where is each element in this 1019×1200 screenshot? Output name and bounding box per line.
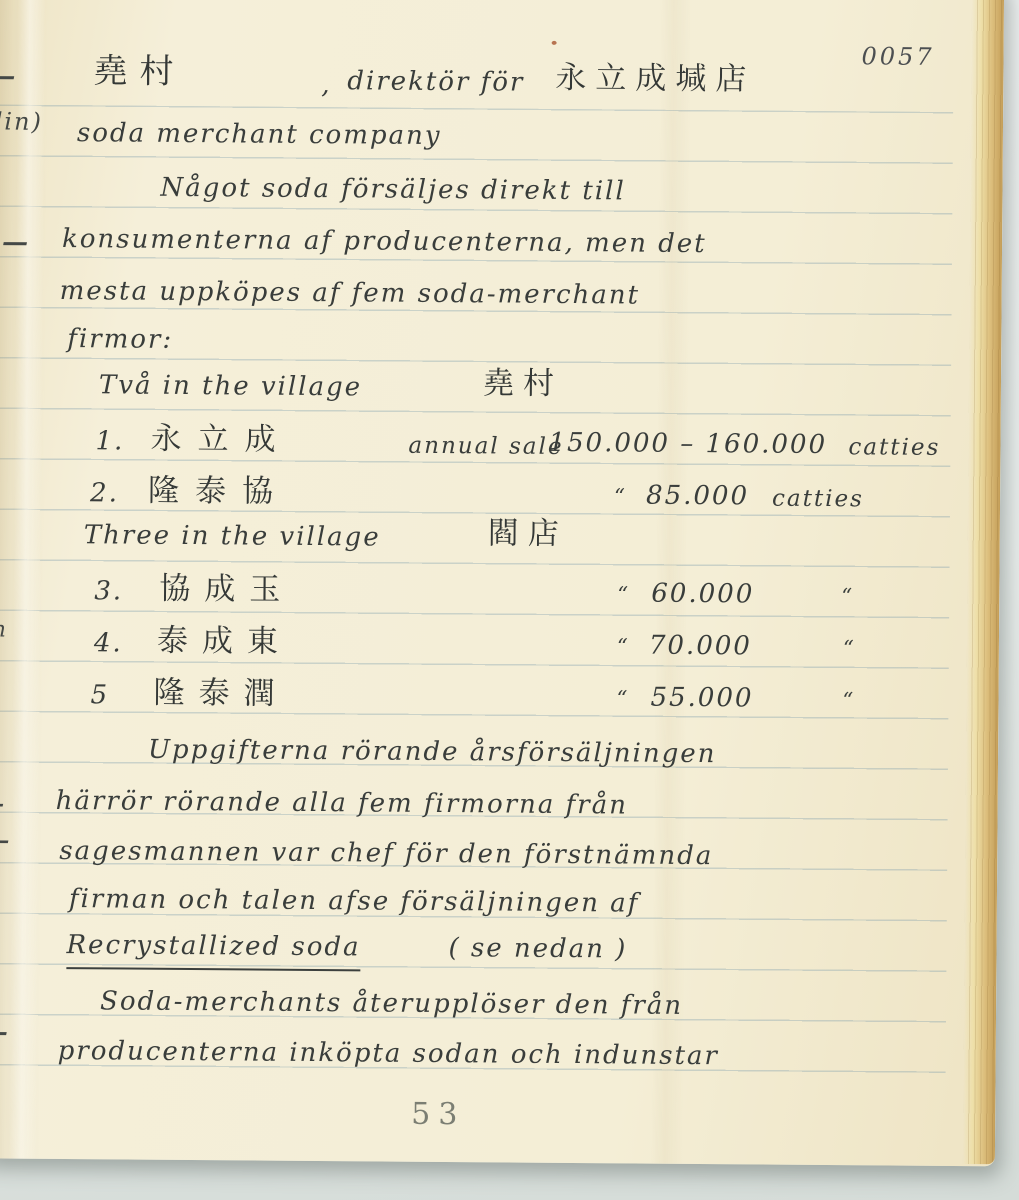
item3-unit-ditto: “ bbox=[841, 585, 852, 608]
header-comma: , bbox=[321, 71, 331, 100]
item4-ditto: “ bbox=[617, 635, 628, 658]
item4-number: 4. bbox=[94, 629, 123, 658]
body-line-4: firman och talen afse försäljningen af bbox=[69, 885, 640, 918]
body-after-underline: ( se nedan ) bbox=[448, 934, 627, 964]
item3-number: 3. bbox=[94, 577, 123, 606]
intro-line-2: konsumenterna af producenterna, men det bbox=[62, 225, 707, 259]
header-line2: soda merchant company bbox=[77, 119, 442, 150]
margin-fragment-dash-2: — bbox=[2, 229, 28, 258]
item1-unit: catties bbox=[848, 435, 940, 461]
body-line-6: Soda-merchants återupplöser den från bbox=[100, 987, 683, 1020]
margin-fragment-dash-4: — bbox=[0, 828, 9, 852]
body-underlined-phrase: Recrystallized soda bbox=[66, 931, 360, 971]
group2-heading: Three in the village bbox=[84, 521, 381, 552]
item4-name-chinese: 泰成東 bbox=[157, 624, 292, 659]
stamp-number: 0057 bbox=[861, 43, 934, 70]
margin-fragment-dash-3: - bbox=[0, 793, 4, 815]
item2-unit: catties bbox=[772, 487, 864, 513]
item4-amount: 70.000 bbox=[649, 632, 752, 661]
intro-line-1: Något soda försäljes direkt till bbox=[160, 174, 625, 206]
group2-heading-chinese: 閻店 bbox=[488, 516, 568, 551]
body-line-2: härrör rörande alla fem firmorna från bbox=[56, 787, 628, 820]
page-content: 0057 堯村 , direktör för 永立成堿店 soda mercha… bbox=[0, 0, 1019, 1200]
body-line-1: Uppgifterna rörande årsförsäljningen bbox=[148, 736, 717, 769]
item5-amount: 55.000 bbox=[650, 684, 753, 713]
item1-note: annual sale bbox=[408, 434, 563, 461]
item5-ditto: “ bbox=[616, 687, 627, 710]
notebook-scan: 0057 堯村 , direktör för 永立成堿店 soda mercha… bbox=[0, 0, 1019, 1200]
header-firm-chinese: 永立成堿店 bbox=[555, 61, 755, 97]
group1-heading-chinese: 堯村 bbox=[483, 366, 563, 401]
body-line-3: sagesmannen var chef för den förstnämnda bbox=[59, 837, 713, 871]
page-number: 53 bbox=[411, 1098, 465, 1131]
item2-ditto: “ bbox=[614, 485, 625, 508]
margin-fragment-word-1: din) bbox=[0, 108, 43, 135]
notebook-page: 0057 堯村 , direktör för 永立成堿店 soda mercha… bbox=[0, 0, 1004, 1166]
margin-fragment-dash-5: — bbox=[0, 1018, 8, 1047]
header-village-chinese: 堯村 bbox=[93, 53, 185, 91]
intro-line-4: firmor: bbox=[67, 325, 173, 354]
item5-name-chinese: 隆泰潤 bbox=[153, 676, 288, 711]
ink-speck bbox=[552, 41, 557, 45]
item1-name-chinese: 永立成 bbox=[150, 422, 291, 457]
body-line-7: producenterna inköpta sodan och indunsta… bbox=[58, 1037, 719, 1071]
item5-unit-ditto: “ bbox=[842, 689, 853, 712]
intro-line-3: mesta uppköpes af fem soda-merchant bbox=[60, 277, 641, 310]
item3-name-chinese: 協成玉 bbox=[159, 572, 294, 607]
margin-fragment-dash-1: — bbox=[0, 62, 15, 91]
item2-name-chinese: 隆泰協 bbox=[148, 474, 289, 509]
item2-number: 2. bbox=[90, 479, 119, 508]
item5-number: 5 bbox=[90, 681, 109, 710]
item1-amount: 150.000 – 160.000 bbox=[548, 429, 827, 460]
item4-unit-ditto: “ bbox=[843, 637, 854, 660]
margin-fragment-word-2: m bbox=[0, 618, 8, 642]
header-role-text: direktör för bbox=[347, 67, 524, 97]
item3-ditto: “ bbox=[617, 583, 628, 606]
item1-number: 1. bbox=[95, 427, 124, 456]
item3-amount: 60.000 bbox=[651, 580, 754, 609]
group1-heading: Två in the village bbox=[99, 371, 362, 402]
item2-amount: 85.000 bbox=[646, 482, 749, 511]
